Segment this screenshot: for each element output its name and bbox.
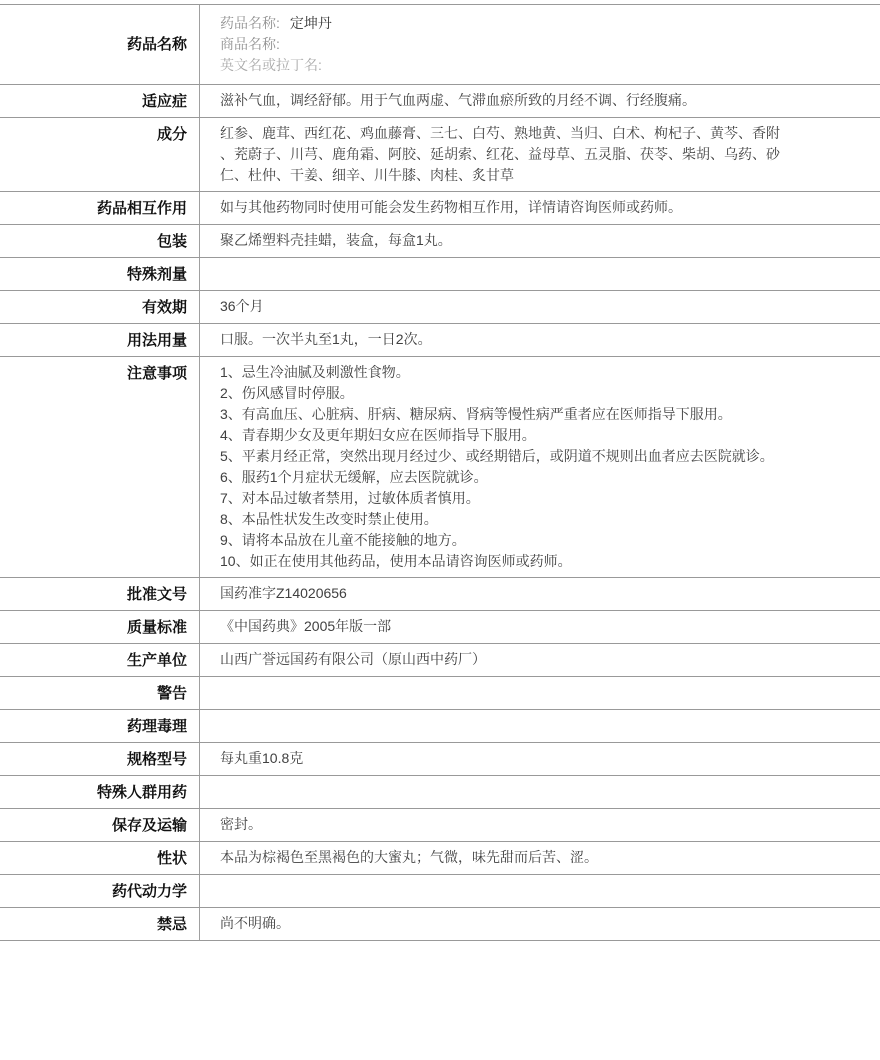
precaution-item: 8、本品性状发生改变时禁止使用。 (220, 509, 792, 530)
table-row-dosage-administration: 用法用量 口服。一次半丸至1丸，一日2次。 (0, 324, 880, 357)
table-row-ingredients: 成分 红参、鹿茸、西红花、鸡血藤膏、三七、白芍、熟地黄、当归、白术、枸杞子、黄芩… (0, 118, 880, 192)
row-label: 特殊剂量 (0, 258, 200, 290)
precaution-item: 7、对本品过敏者禁用，过敏体质者慎用。 (220, 488, 792, 509)
row-value: 《中国药典》2005年版一部 (200, 611, 880, 643)
row-value-text: 口服。一次半丸至1丸，一日2次。 (220, 329, 792, 350)
row-label: 批准文号 (0, 578, 200, 610)
row-value-text: 聚乙烯塑料壳挂蜡，装盒，每盒1丸。 (220, 230, 792, 251)
row-value-text: 国药准字Z14020656 (220, 583, 792, 604)
precaution-list: 1、忌生冷油腻及刺激性食物。 2、伤风感冒时停服。 3、有高血压、心脏病、肝病、… (220, 362, 792, 572)
row-value (200, 875, 880, 907)
precaution-item: 10、如正在使用其他药品，使用本品请咨询医师或药师。 (220, 551, 792, 572)
row-value: 尚不明确。 (200, 908, 880, 940)
row-value: 红参、鹿茸、西红花、鸡血藤膏、三七、白芍、熟地黄、当归、白术、枸杞子、黄芩、香附… (200, 118, 880, 191)
trade-name-line: 商品名称: (220, 34, 862, 55)
generic-name-value: 定坤丹 (290, 15, 332, 31)
table-row-special-populations: 特殊人群用药 (0, 776, 880, 809)
table-row-indications: 适应症 滋补气血，调经舒郁。用于气血两虚、气滞血瘀所致的月经不调、行经腹痛。 (0, 85, 880, 118)
row-label: 保存及运输 (0, 809, 200, 841)
row-value-text: 每丸重10.8克 (220, 748, 792, 769)
row-label: 特殊人群用药 (0, 776, 200, 808)
row-value-text: 《中国药典》2005年版一部 (220, 616, 792, 637)
precaution-item: 5、平素月经正常，突然出现月经过少、或经期错后，或阴道不规则出血者应去医院就诊。 (220, 446, 792, 467)
row-value: 本品为棕褐色至黑褐色的大蜜丸；气微，味先甜而后苦、涩。 (200, 842, 880, 874)
row-value: 每丸重10.8克 (200, 743, 880, 775)
row-label: 成分 (0, 118, 200, 191)
row-value (200, 710, 880, 742)
row-label: 适应症 (0, 85, 200, 117)
table-row-pharmacokinetics: 药代动力学 (0, 875, 880, 908)
row-value: 36个月 (200, 291, 880, 323)
row-value: 滋补气血，调经舒郁。用于气血两虚、气滞血瘀所致的月经不调、行经腹痛。 (200, 85, 880, 117)
row-value (200, 258, 880, 290)
row-value: 聚乙烯塑料壳挂蜡，装盒，每盒1丸。 (200, 225, 880, 257)
row-value-text: 如与其他药物同时使用可能会发生药物相互作用，详情请咨询医师或药师。 (220, 197, 792, 218)
table-row-packaging: 包装 聚乙烯塑料壳挂蜡，装盒，每盒1丸。 (0, 225, 880, 258)
row-label: 注意事项 (0, 357, 200, 577)
row-label: 警告 (0, 677, 200, 709)
row-value: 如与其他药物同时使用可能会发生药物相互作用，详情请咨询医师或药师。 (200, 192, 880, 224)
table-row-description: 性状 本品为棕褐色至黑褐色的大蜜丸；气微，味先甜而后苦、涩。 (0, 842, 880, 875)
row-label: 质量标准 (0, 611, 200, 643)
table-row-pharmacology-toxicology: 药理毒理 (0, 710, 880, 743)
row-label: 药代动力学 (0, 875, 200, 907)
row-label: 禁忌 (0, 908, 200, 940)
row-value-text: 36个月 (220, 296, 792, 317)
precaution-item: 2、伤风感冒时停服。 (220, 383, 792, 404)
table-row-warning: 警告 (0, 677, 880, 710)
row-value (200, 677, 880, 709)
table-row-manufacturer: 生产单位 山西广誉远国药有限公司（原山西中药厂） (0, 644, 880, 677)
row-value: 药品名称:定坤丹 商品名称: 英文名或拉丁名: (200, 5, 880, 84)
row-label: 规格型号 (0, 743, 200, 775)
row-value-text: 本品为棕褐色至黑褐色的大蜜丸；气微，味先甜而后苦、涩。 (220, 847, 792, 868)
row-value: 1、忌生冷油腻及刺激性食物。 2、伤风感冒时停服。 3、有高血压、心脏病、肝病、… (200, 357, 880, 577)
trade-name-key: 商品名称: (220, 36, 280, 52)
row-value-text: 红参、鹿茸、西红花、鸡血藤膏、三七、白芍、熟地黄、当归、白术、枸杞子、黄芩、香附… (220, 123, 792, 186)
drug-info-table: 药品名称 药品名称:定坤丹 商品名称: 英文名或拉丁名: 适应症 滋补气血，调经… (0, 4, 880, 941)
drug-info-page: 药品名称 药品名称:定坤丹 商品名称: 英文名或拉丁名: 适应症 滋补气血，调经… (0, 0, 880, 1060)
row-label: 药品相互作用 (0, 192, 200, 224)
row-label: 性状 (0, 842, 200, 874)
row-value: 国药准字Z14020656 (200, 578, 880, 610)
table-row-storage-transport: 保存及运输 密封。 (0, 809, 880, 842)
table-row-contraindications: 禁忌 尚不明确。 (0, 908, 880, 941)
table-row-quality-standard: 质量标准 《中国药典》2005年版一部 (0, 611, 880, 644)
precaution-item: 1、忌生冷油腻及刺激性食物。 (220, 362, 792, 383)
table-row-approval-number: 批准文号 国药准字Z14020656 (0, 578, 880, 611)
table-row-drug-name: 药品名称 药品名称:定坤丹 商品名称: 英文名或拉丁名: (0, 5, 880, 85)
row-value-text: 滋补气血，调经舒郁。用于气血两虚、气滞血瘀所致的月经不调、行经腹痛。 (220, 90, 792, 111)
row-value (200, 776, 880, 808)
table-row-shelf-life: 有效期 36个月 (0, 291, 880, 324)
english-name-line: 英文名或拉丁名: (220, 55, 862, 76)
row-label: 药理毒理 (0, 710, 200, 742)
row-value: 山西广誉远国药有限公司（原山西中药厂） (200, 644, 880, 676)
generic-name-line: 药品名称:定坤丹 (220, 13, 862, 34)
generic-name-key: 药品名称: (220, 15, 280, 31)
table-row-drug-interactions: 药品相互作用 如与其他药物同时使用可能会发生药物相互作用，详情请咨询医师或药师。 (0, 192, 880, 225)
row-label: 有效期 (0, 291, 200, 323)
row-label: 用法用量 (0, 324, 200, 356)
row-value-text: 山西广誉远国药有限公司（原山西中药厂） (220, 649, 792, 670)
row-value: 密封。 (200, 809, 880, 841)
row-value-text: 密封。 (220, 814, 792, 835)
row-label: 包装 (0, 225, 200, 257)
precaution-item: 9、请将本品放在儿童不能接触的地方。 (220, 530, 792, 551)
row-value: 口服。一次半丸至1丸，一日2次。 (200, 324, 880, 356)
table-row-precautions: 注意事项 1、忌生冷油腻及刺激性食物。 2、伤风感冒时停服。 3、有高血压、心脏… (0, 357, 880, 578)
row-value-text: 尚不明确。 (220, 913, 792, 934)
precaution-item: 3、有高血压、心脏病、肝病、糖尿病、肾病等慢性病严重者应在医师指导下服用。 (220, 404, 792, 425)
english-name-key: 英文名或拉丁名: (220, 57, 322, 73)
row-label: 药品名称 (0, 5, 200, 84)
table-row-special-dosage: 特殊剂量 (0, 258, 880, 291)
precaution-item: 4、青春期少女及更年期妇女应在医师指导下服用。 (220, 425, 792, 446)
table-row-specification: 规格型号 每丸重10.8克 (0, 743, 880, 776)
precaution-item: 6、服药1个月症状无缓解，应去医院就诊。 (220, 467, 792, 488)
row-label: 生产单位 (0, 644, 200, 676)
